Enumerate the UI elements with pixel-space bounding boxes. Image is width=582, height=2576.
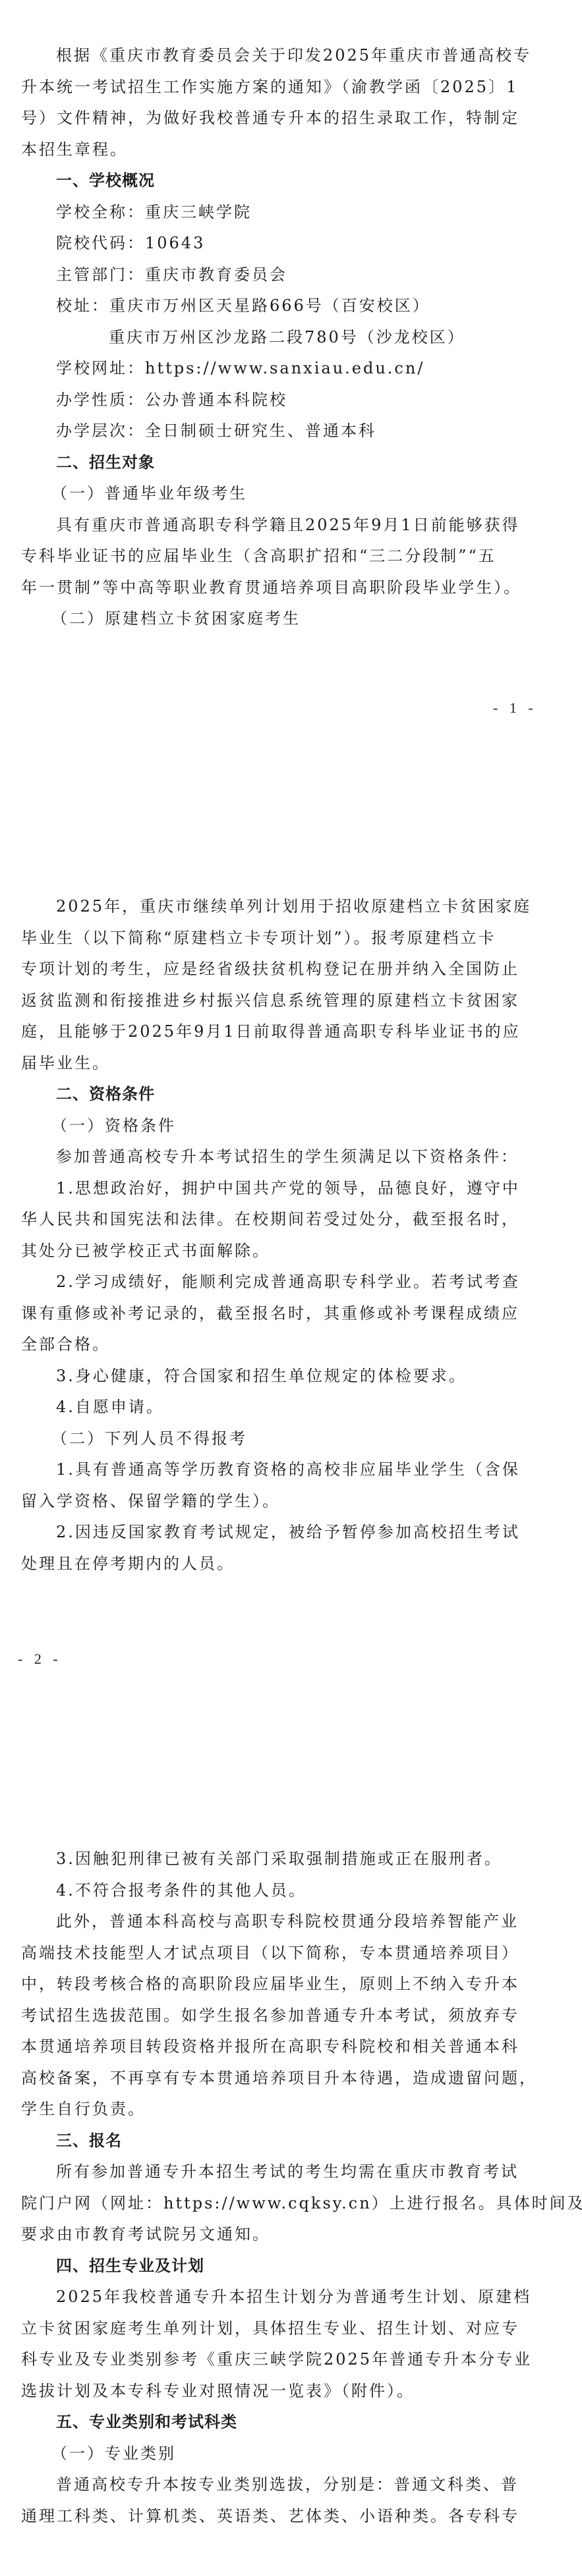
text-line: 所有参加普通专升本招生考试的考生均需在重庆市教育考试 <box>0 2156 582 2188</box>
text-line: 号）文件精神，为做好我校普通专升本的招生录取工作，特制定 <box>0 103 582 134</box>
section-heading: 二、资格条件 <box>0 1079 582 1110</box>
section-heading: 三、报名 <box>0 2125 582 2157</box>
text-line: 根据《重庆市教育委员会关于印发2025年重庆市普通高校专 <box>0 40 582 72</box>
text-line: 本招生章程。 <box>0 134 582 166</box>
page-number-2: - 2 - <box>18 1651 62 1668</box>
text-line: 3.因触犯刑律已被有关部门采取强制措施或正在服刑者。 <box>0 1844 582 1875</box>
text-line: 具有重庆市普通高职专科学籍且2025年9月1日前能够获得 <box>0 510 582 541</box>
text-line: 2025年我校普通专升本招生计划分为普通考生计划、原建档 <box>0 2282 582 2313</box>
text-line: 学生自行负责。 <box>0 2094 582 2125</box>
subsection-heading: （二）下列人员不得报考 <box>0 1423 582 1455</box>
text-line: 办学层次：全日制硕士研究生、普通本科 <box>0 416 582 447</box>
text-line: 返贫监测和衔接推进乡村振兴信息系统管理的原建档立卡贫困家 <box>0 985 582 1017</box>
text-line: 1.具有普通高等学历教育资格的高校非应届毕业学生（含保 <box>0 1454 582 1486</box>
section-heading: 四、招生专业及计划 <box>0 2251 582 2282</box>
text-line: 重庆市万州区沙龙路二段780号（沙龙校区） <box>0 322 582 354</box>
page-2: 2025年，重庆市继续单列计划用于招收原建档立卡贫困家庭毕业生（以下简称“原建档… <box>0 891 582 1579</box>
text-line: 处理且在停考期内的人员。 <box>0 1548 582 1580</box>
text-line: 本贯通培养项目转段资格并报所在高职专科院校和相关普通本科 <box>0 2031 582 2063</box>
text-line: 其处分已被学校正式书面解除。 <box>0 1236 582 1267</box>
text-line: 此外，普通本科高校与高职专科院校贯通分段培养智能产业 <box>0 1906 582 1938</box>
text-line: 普通高校专升本按专业类别选拔，分别是：普通文科类、普 <box>0 2469 582 2501</box>
subsection-heading: （一）资格条件 <box>0 1110 582 1142</box>
text-line: 2.学习成绩好，能顺利完成普通高职专科学业。若考试考查 <box>0 1267 582 1298</box>
text-line: 毕业生（以下简称“原建档立卡专项计划”）。报考原建档立卡 <box>0 923 582 954</box>
text-line: 专项计划的考生，应是经省级扶贫机构登记在册并纳入全国防止 <box>0 954 582 985</box>
text-line: 院门户网（网址：https://www.cqksy.cn）上进行报名。具体时间及 <box>0 2188 582 2220</box>
text-line: 3.身心健康，符合国家和招生单位规定的体检要求。 <box>0 1361 582 1392</box>
text-line: 4.自愿申请。 <box>0 1392 582 1423</box>
text-line: 2.因违反国家教育考试规定，被给予暂停参加高校招生考试 <box>0 1517 582 1548</box>
page-number-1: - 1 - <box>493 699 537 717</box>
text-line: 科专业及专业类别参考《重庆三峡学院2025年普通专升本分专业 <box>0 2344 582 2376</box>
text-line: 通理工科类、计算机类、英语类、艺体类、小语种类。各专科专 <box>0 2501 582 2533</box>
text-line: 主管部门：重庆市教育委员会 <box>0 260 582 291</box>
text-line: 高端技术技能型人才试点项目（以下简称，专本贯通培养项目） <box>0 1938 582 1969</box>
text-line: 选拔计划及本专科专业对照情况一览表》（附件）。 <box>0 2376 582 2407</box>
text-line: 中，转段考核合格的高职阶段应届毕业生，原则上不纳入专升本 <box>0 1969 582 2000</box>
text-line: 留入学资格、保留学籍的学生）。 <box>0 1486 582 1518</box>
text-line: 办学性质：公办普通本科院校 <box>0 385 582 416</box>
section-heading: 五、专业类别和考试科类 <box>0 2407 582 2438</box>
text-line: 课有重修或补考记录的，截至报名时，其重修或补考课程成绩应 <box>0 1298 582 1330</box>
text-line: 高校备案，不再享有专本贯通培养项目升本待遇，造成遗留问题， <box>0 2063 582 2095</box>
text-line: 升本统一考试招生工作实施方案的通知》（渝教学函〔2025〕1 <box>0 72 582 103</box>
subsection-heading: （一）专业类别 <box>0 2438 582 2470</box>
text-line: 届毕业生。 <box>0 1048 582 1080</box>
text-line: 参加普通高校专升本考试招生的学生须满足以下资格条件： <box>0 1141 582 1173</box>
text-line: 学校全称：重庆三峡学院 <box>0 197 582 229</box>
text-line: 校址：重庆市万州区天星路666号（百安校区） <box>0 290 582 322</box>
text-line: 4.不符合报考条件的其他人员。 <box>0 1875 582 1907</box>
text-line: 院校代码：10643 <box>0 228 582 260</box>
text-line: 1.思想政治好，拥护中国共产党的领导，品德良好，遵守中 <box>0 1173 582 1205</box>
subsection-heading: （二）原建档立卡贫困家庭考生 <box>0 603 582 635</box>
text-line: 专科毕业证书的应届毕业生（含高职扩招和“三二分段制”“五 <box>0 541 582 572</box>
text-line: 学校网址：https://www.sanxiau.edu.cn/ <box>0 353 582 385</box>
text-line: 全部合格。 <box>0 1329 582 1361</box>
text-line: 考试招生选拔范围。如学生报名参加普通专升本考试，须放弃专 <box>0 2000 582 2032</box>
page-3: 3.因触犯刑律已被有关部门采取强制措施或正在服刑者。4.不符合报考条件的其他人员… <box>0 1844 582 2532</box>
text-line: 要求由市教育考试院另文通知。 <box>0 2219 582 2251</box>
page-1: 根据《重庆市教育委员会关于印发2025年重庆市普通高校专升本统一考试招生工作实施… <box>0 40 582 635</box>
text-line: 2025年，重庆市继续单列计划用于招收原建档立卡贫困家庭 <box>0 891 582 923</box>
text-line: 立卡贫困家庭考生单列计划，具体招生专业、招生计划、对应专 <box>0 2313 582 2345</box>
text-line: 年一贯制”等中高等职业教育贯通培养项目高职阶段毕业学生）。 <box>0 572 582 604</box>
text-line: 庭，且能够于2025年9月1日前取得普通高职专科毕业证书的应 <box>0 1016 582 1048</box>
section-heading: 一、学校概况 <box>0 165 582 197</box>
section-heading: 二、招生对象 <box>0 447 582 479</box>
subsection-heading: （一）普通毕业年级考生 <box>0 478 582 510</box>
text-line: 华人民共和国宪法和法律。在校期间若受过处分，截至报名时， <box>0 1204 582 1236</box>
